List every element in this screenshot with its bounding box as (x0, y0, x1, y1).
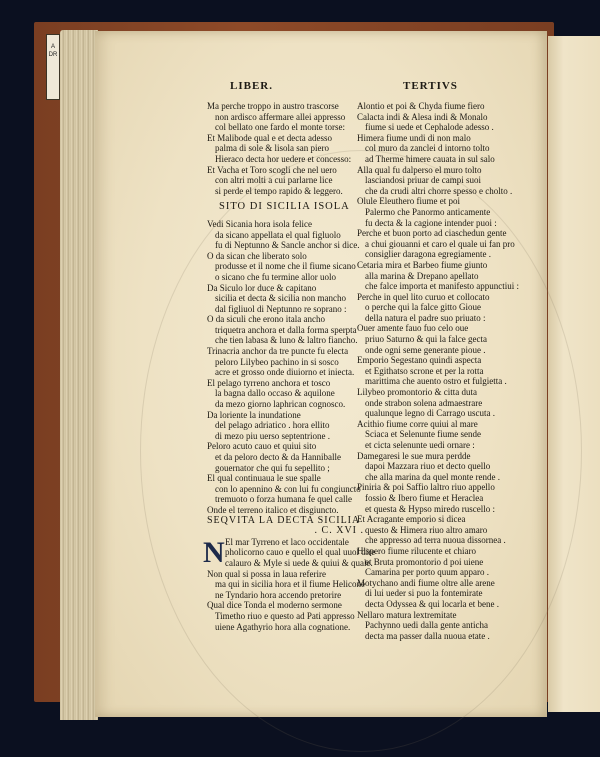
verse-line: Perche et buon porto ad ciaschedun gente (357, 228, 532, 239)
spine-label: A DR (46, 34, 60, 100)
verse-line: fiume si uede et Cephalode adesso . (357, 122, 532, 133)
verse-line: Ouer amente fauo fuo celo oue (357, 323, 532, 334)
verse-line: della natura el padre suo priuato : (357, 313, 532, 324)
verse-line: pholicorno cauo e quello el qual uuol di… (207, 547, 382, 558)
verse-line: Da Siculo lor duce & capitano (207, 283, 382, 294)
verse-line: o sicano che fu termine allor uolo (207, 272, 382, 283)
verse-line: si perde el tempo rapido & leggero. (207, 186, 382, 197)
verse-line: tremuoto o forza humana fe quel calle (207, 494, 382, 505)
verse-line: Et Malibode qual e et decta adesso (207, 133, 382, 144)
verse-line: Et Acragante emporio si dicea (357, 514, 532, 525)
verse-line: palma di sole & lisola san piero (207, 143, 382, 154)
facing-page-edge (548, 36, 600, 712)
verse-line: et Bruta promontorio d poi uiene (357, 557, 532, 568)
verse-line: sicilia et decta & sicilia non mancho (207, 293, 382, 304)
verse-line: qualunque legno di Carrago uscuta . (357, 408, 532, 419)
running-header-left: LIBER. (230, 80, 273, 92)
verse-line: Hieraco decta hor uedere et concesso: (207, 154, 382, 165)
verse-line: et Egithatso scrone et per la rotta (357, 366, 532, 377)
verse-line: che da crudi altri chorre spesso e cholt… (357, 186, 532, 197)
running-header-right: TERTIVS (403, 80, 458, 92)
verse-line: di mezo piu uerso septentrione . (207, 431, 382, 442)
verse-line: Motychano andi fiume oltre alle arene (357, 578, 532, 589)
verse-line: Non qual si possa in laua referire (207, 569, 382, 580)
verse-line: El qual continuaua le sue spalle (207, 473, 382, 484)
verse-line: Qual dice Tonda el moderno sermone (207, 600, 382, 611)
verse-line: et questa & Hypso miredo ruscello : (357, 504, 532, 515)
verse-line: triquetra anchora et dalla forma sperpta (207, 325, 382, 336)
verse-line: Hispero fiume rilucente et chiaro (357, 546, 532, 557)
verse-line: produsse et il nome che il fiume sicano (207, 261, 382, 272)
verse-line: El mar Tyrreno et laco occidentale (207, 537, 382, 548)
verse-line: priuo Saturno & qui la falce gecta (357, 334, 532, 345)
verse-line: Nellaro matura lextremitate (357, 610, 532, 621)
verse-line: onde strabon solena admaestrare (357, 398, 532, 409)
verse-line: ma qui in sicilia hora et il fiume Helic… (207, 579, 382, 590)
verse-line: di lui ueder si puo la fontemirate (357, 588, 532, 599)
verse-line: che alla marina da quel monte rende . (357, 472, 532, 483)
verse-line: Emporio Segestano quindi aspecta (357, 355, 532, 366)
verse-line: da mezo giorno laphrican cognosco. (207, 399, 382, 410)
verse-line: alla marina & Drepano apellato (357, 271, 532, 282)
verse-line: dal figliuol di Neptunno re soprano : (207, 304, 382, 315)
verse-line: fossio & Ibero fiume et Heraclea (357, 493, 532, 504)
verse-line: Pachynno uedi dalla gente anticha (357, 620, 532, 631)
verse-line: Sciaca et Selenunte fiume sende (357, 429, 532, 440)
verse-line: con lo apennino & con lui fu congiuncto (207, 484, 382, 495)
verse-line: et da peloro decto & da Hanniballe (207, 452, 382, 463)
verse-line: gouernator che qui fu sepellito ; (207, 463, 382, 474)
verse-line: peloro Lilybeo pachino in si sosco (207, 357, 382, 368)
verse-line: Peloro acuto cauo et quiui sito (207, 441, 382, 452)
verse-line: Alla qual fu dalperso el muro tolto (357, 165, 532, 176)
spine-label-line-2: DR (49, 52, 58, 58)
verse-line: et cicta selenunte uedi ornare : (357, 440, 532, 451)
verse-line: Vedi Sicania hora isola felice (207, 219, 382, 230)
verse-line: non ardisco affermare allei appresso (207, 112, 382, 123)
verse-line: Acithio fiume corre quiui al mare (357, 419, 532, 430)
verse-line: a chui giouanni et caro el quale ui fan … (357, 239, 532, 250)
verse-line: con altri molti a cui parlarne lice (207, 175, 382, 186)
verse-line: Cetaria mira et Barbeo fiume giunto (357, 260, 532, 271)
spine-label-line-1: A (51, 44, 55, 50)
verse-line: Alontio et poi & Chyda fiume fiero (357, 101, 532, 112)
verse-line: Damegaresi le sue mura perdde (357, 451, 532, 462)
verse-line: Olule Eleuthero fiume et poi (357, 196, 532, 207)
verse-line: Trinacria anchor da tre puncte fu electa (207, 346, 382, 357)
verse-block-1: Ma perche troppo in austro trascorsenon … (207, 101, 382, 196)
decorated-initial: N (203, 539, 221, 567)
verse-line: col bellato one fardo el monte torse: (207, 122, 382, 133)
verse-line: ad Therme himere cauata in sul salo (357, 154, 532, 165)
verse-line: fu decta & la cagione intender puoi : (357, 218, 532, 229)
verse-line: O da siculi che erono itala ancho (207, 314, 382, 325)
verse-line: uiene Agathyrio hora alla cognatione. (207, 622, 382, 633)
verse-line: fu di Neptunno & Sancle anchor si dice. (207, 240, 382, 251)
verse-line: O da sican che liberato solo (207, 251, 382, 262)
right-column: Alontio et poi & Chyda fiume fieroCalact… (357, 101, 532, 641)
page-edges (60, 30, 98, 720)
verse-line: Lilybeo promontorio & citta duta (357, 387, 532, 398)
left-column: Ma perche troppo in austro trascorsenon … (207, 101, 382, 632)
verse-line: Ma perche troppo in austro trascorse (207, 101, 382, 112)
verse-line: Himera fiume undi di non malo (357, 133, 532, 144)
verse-line: da sicano appellata el qual figluolo (207, 230, 382, 241)
verse-line: decta ma passer dalla nuoua etate . (357, 631, 532, 642)
verse-block-right: Alontio et poi & Chyda fiume fieroCalact… (357, 101, 532, 641)
verse-line: la bagna dallo occaso & aquilone (207, 388, 382, 399)
verse-line: lasciandosi priuar de campi suoi (357, 175, 532, 186)
verse-block-2: Vedi Sicania hora isola feliceda sicano … (207, 219, 382, 516)
verse-line: questo & Himera riuo altro amaro (357, 525, 532, 536)
verse-line: del pelago adriatico . hora ellito (207, 420, 382, 431)
verse-line: consiglier daragona egregiamente . (357, 249, 532, 260)
verse-line: Timetho riuo e questo ad Pati appresso (207, 611, 382, 622)
verse-line: che appresso ad terra nuoua dissornea . (357, 535, 532, 546)
chapter-number: . C. XVI . (207, 526, 382, 537)
verse-line: Calacta indi & Alesa indi & Monalo (357, 112, 532, 123)
verse-line: Onde el terreno italico et disgiuncto. (207, 505, 382, 516)
verse-line: calauro & Myle si uede & quiui & quale. (207, 558, 382, 569)
verse-line: Da loriente la inundatione (207, 410, 382, 421)
verse-line: Perche in quel lito curuo et collocato (357, 292, 532, 303)
verse-line: acre et grosso onde diuiorno et iniecta. (207, 367, 382, 378)
verse-line: El pelago tyrreno anchora et tosco (207, 378, 382, 389)
verse-line: che tien labasa & luno & laltro fiancho. (207, 335, 382, 346)
verse-line: onde ogni seme generante pioue . (357, 345, 532, 356)
verse-line: decta Odyssea & qui locarla et bene . (357, 599, 532, 610)
verse-line: col muro da zanclei d intorno tolto (357, 143, 532, 154)
verse-line: Palermo che Panormo anticamente (357, 207, 532, 218)
verse-line: marittima che auento ostro et fulgietta … (357, 376, 532, 387)
verse-line: o perche qui la falce gitto Gioue (357, 302, 532, 313)
verse-block-3: N El mar Tyrreno et laco occidentalephol… (207, 537, 382, 632)
verse-line: Et Vacha et Toro scogli che nel uero (207, 165, 382, 176)
verse-line: Piniria & poi Saffio laltro riuo appello (357, 482, 532, 493)
verse-line: ne Tyndario hora accendo pretorire (207, 590, 382, 601)
verse-line: dapoi Mazzara riuo et decto quello (357, 461, 532, 472)
verse-line: Camarina per porto quum apparo . (357, 567, 532, 578)
verse-line: che falce importa et manifesto appunctiu… (357, 281, 532, 292)
